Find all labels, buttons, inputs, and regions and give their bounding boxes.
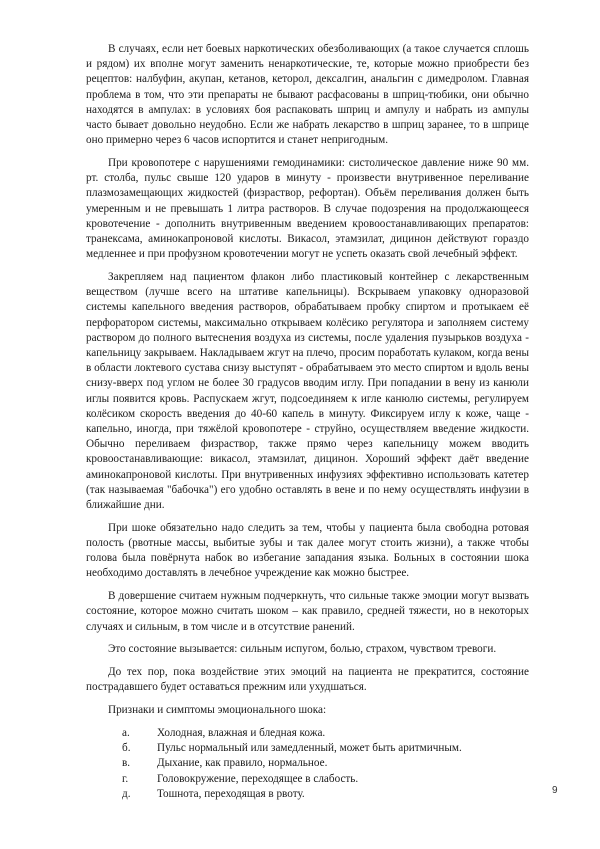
document-page: В случаях, если нет боевых наркотических… — [86, 42, 529, 802]
page-number: 9 — [552, 785, 558, 796]
list-marker: а. — [86, 726, 157, 741]
paragraph-iv-procedure: Закрепляем над пациентом флакон либо пла… — [86, 270, 529, 513]
list-text: Тошнота, переходящая в рвоту. — [157, 787, 529, 802]
list-item: д. Тошнота, переходящая в рвоту. — [86, 787, 529, 802]
list-item: б. Пульс нормальный или замедленный, мож… — [86, 741, 529, 756]
list-marker: б. — [86, 741, 157, 756]
list-marker: д. — [86, 787, 157, 802]
paragraph-blood-loss: При кровопотере с нарушениями гемодинами… — [86, 156, 529, 262]
symptoms-list: а. Холодная, влажная и бледная кожа. б. … — [86, 726, 529, 802]
list-marker: в. — [86, 756, 157, 771]
list-text: Пульс нормальный или замедленный, может … — [157, 741, 529, 756]
list-item: г. Головокружение, переходящее в слабост… — [86, 772, 529, 787]
paragraph-shock-care: При шоке обязательно надо следить за тем… — [86, 521, 529, 582]
paragraph-symptoms-heading: Признаки и симптомы эмоционального шока: — [86, 703, 529, 718]
paragraph-painkillers: В случаях, если нет боевых наркотических… — [86, 42, 529, 148]
paragraph-progression: До тех пор, пока воздействие этих эмоций… — [86, 665, 529, 695]
list-item: в. Дыхание, как правило, нормальное. — [86, 756, 529, 771]
list-marker: г. — [86, 772, 157, 787]
list-text: Головокружение, переходящее в слабость. — [157, 772, 529, 787]
paragraph-causes: Это состояние вызывается: сильным испуго… — [86, 642, 529, 657]
list-text: Холодная, влажная и бледная кожа. — [157, 726, 529, 741]
paragraph-emotional-shock: В довершение считаем нужным подчеркнуть,… — [86, 589, 529, 635]
list-item: а. Холодная, влажная и бледная кожа. — [86, 726, 529, 741]
list-text: Дыхание, как правило, нормальное. — [157, 756, 529, 771]
